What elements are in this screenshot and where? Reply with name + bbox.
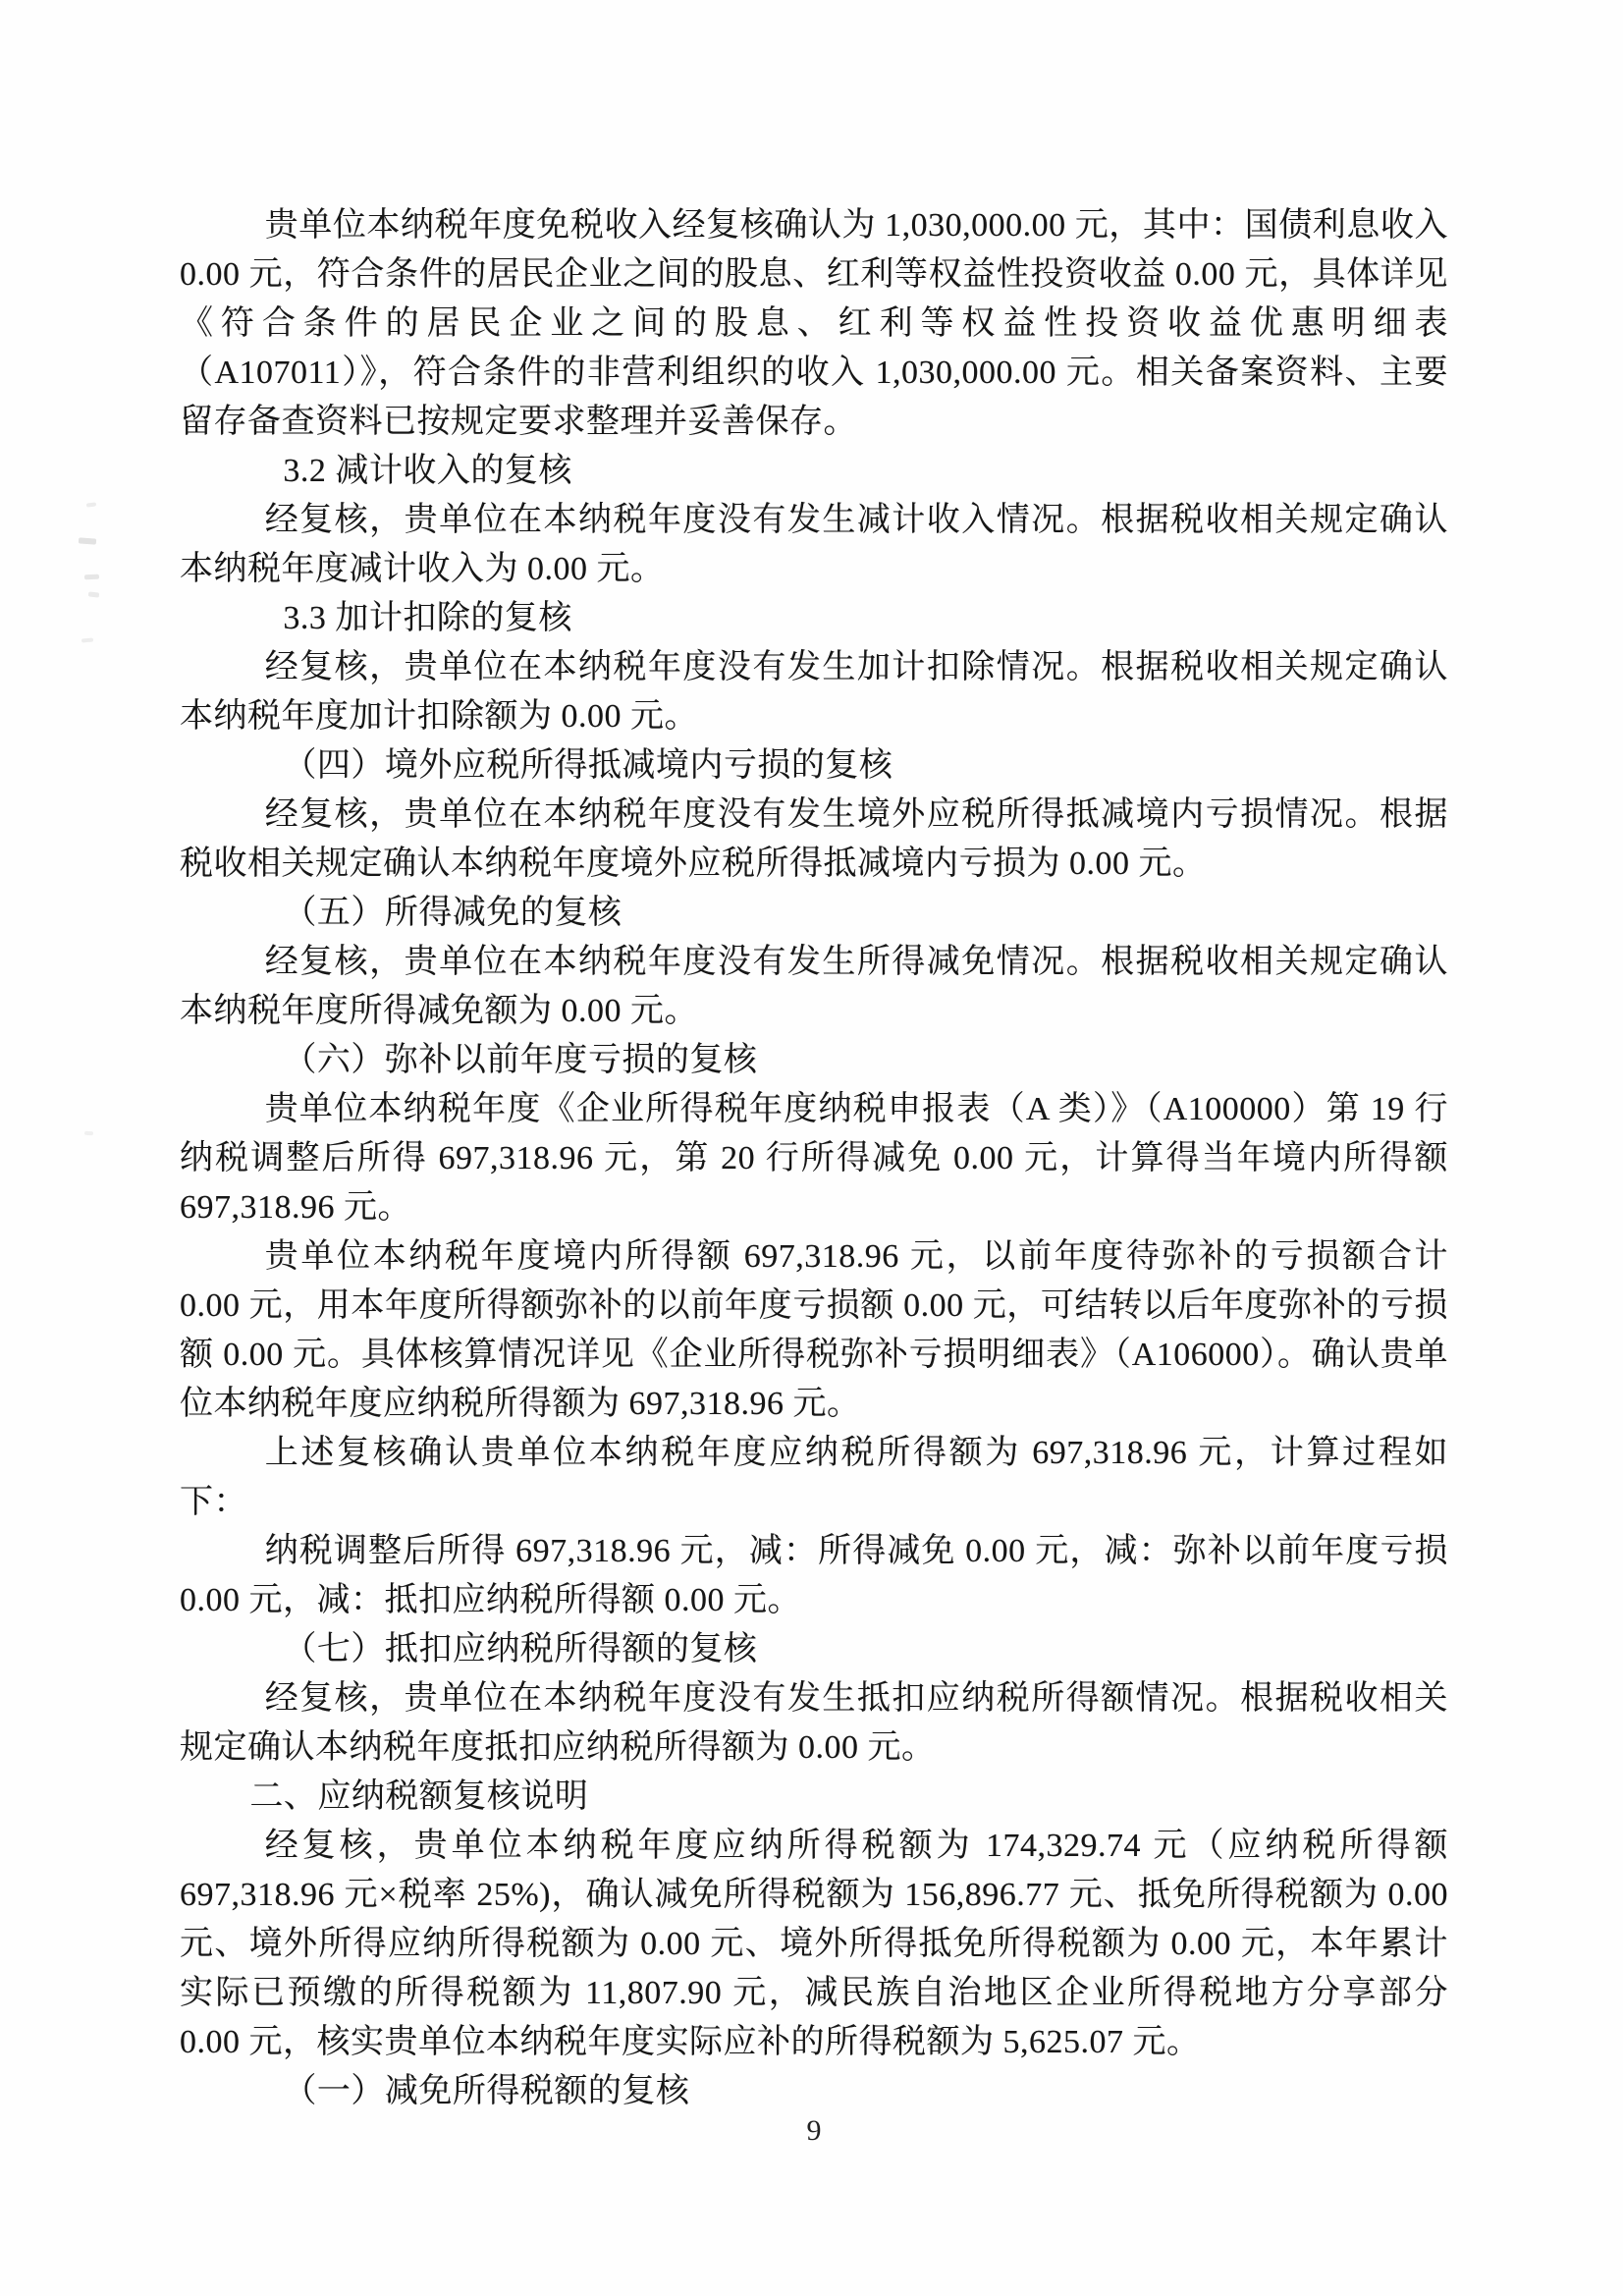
paragraph-extra-deduction: 经复核，贵单位在本纳税年度没有发生加计扣除情况。根据税收相关规定确认本纳税年度加… (180, 643, 1448, 741)
heading-7-taxable-income-deduction: （七）抵扣应纳税所得额的复核 (180, 1625, 1448, 1674)
document-body: 贵单位本纳税年度免税收入经复核确认为 1,030,000.00 元，其中：国债利… (180, 201, 1448, 2116)
paragraph-tax-exempt-income: 贵单位本纳税年度免税收入经复核确认为 1,030,000.00 元，其中：国债利… (180, 201, 1448, 447)
paragraph-tax-payable-detail: 经复核，贵单位本纳税年度应纳所得税额为 174,329.74 元（应纳税所得额 … (180, 1822, 1448, 2067)
document-page: 贵单位本纳税年度免税收入经复核确认为 1,030,000.00 元，其中：国债利… (0, 0, 1623, 2296)
page-number: 9 (180, 2113, 1448, 2149)
heading-3-2-reduced-income-review: 3.2 减计收入的复核 (180, 447, 1448, 496)
scan-artifact (84, 574, 99, 580)
heading-1-tax-reduction-review: （一）减免所得税额的复核 (180, 2067, 1448, 2116)
scan-artifact (88, 591, 99, 597)
paragraph-domestic-income-losses: 贵单位本纳税年度境内所得额 697,318.96 元，以前年度待弥补的亏损额合计… (180, 1232, 1448, 1429)
scan-artifact (86, 502, 96, 507)
heading-4-overseas-income-offset: （四）境外应税所得抵减境内亏损的复核 (180, 741, 1448, 791)
paragraph-annual-return-line19: 贵单位本纳税年度《企业所得税年度纳税申报表（A 类）》（A100000）第 19… (180, 1085, 1448, 1232)
scan-artifact (81, 637, 93, 642)
paragraph-income-reduction: 经复核，贵单位在本纳税年度没有发生所得减免情况。根据税收相关规定确认本纳税年度所… (180, 938, 1448, 1036)
paragraph-taxable-income-deduction: 经复核，贵单位在本纳税年度没有发生抵扣应纳税所得额情况。根据税收相关规定确认本纳… (180, 1674, 1448, 1773)
heading-3-3-extra-deduction-review: 3.3 加计扣除的复核 (180, 594, 1448, 643)
paragraph-calculation-process: 纳税调整后所得 697,318.96 元，减：所得减免 0.00 元，减：弥补以… (180, 1527, 1448, 1625)
heading-2-tax-payable-review: 二、应纳税额复核说明 (180, 1773, 1448, 1822)
heading-5-income-reduction-review: （五）所得减免的复核 (180, 889, 1448, 938)
heading-6-loss-carryforward-review: （六）弥补以前年度亏损的复核 (180, 1036, 1448, 1085)
paragraph-overseas-income-offset: 经复核，贵单位在本纳税年度没有发生境外应税所得抵减境内亏损情况。根据税收相关规定… (180, 791, 1448, 889)
scan-artifact (79, 537, 96, 544)
paragraph-taxable-income-confirm: 上述复核确认贵单位本纳税年度应纳税所得额为 697,318.96 元，计算过程如… (180, 1429, 1448, 1527)
paragraph-reduced-income: 经复核，贵单位在本纳税年度没有发生减计收入情况。根据税收相关规定确认本纳税年度减… (180, 496, 1448, 594)
scan-artifact (84, 1131, 93, 1135)
